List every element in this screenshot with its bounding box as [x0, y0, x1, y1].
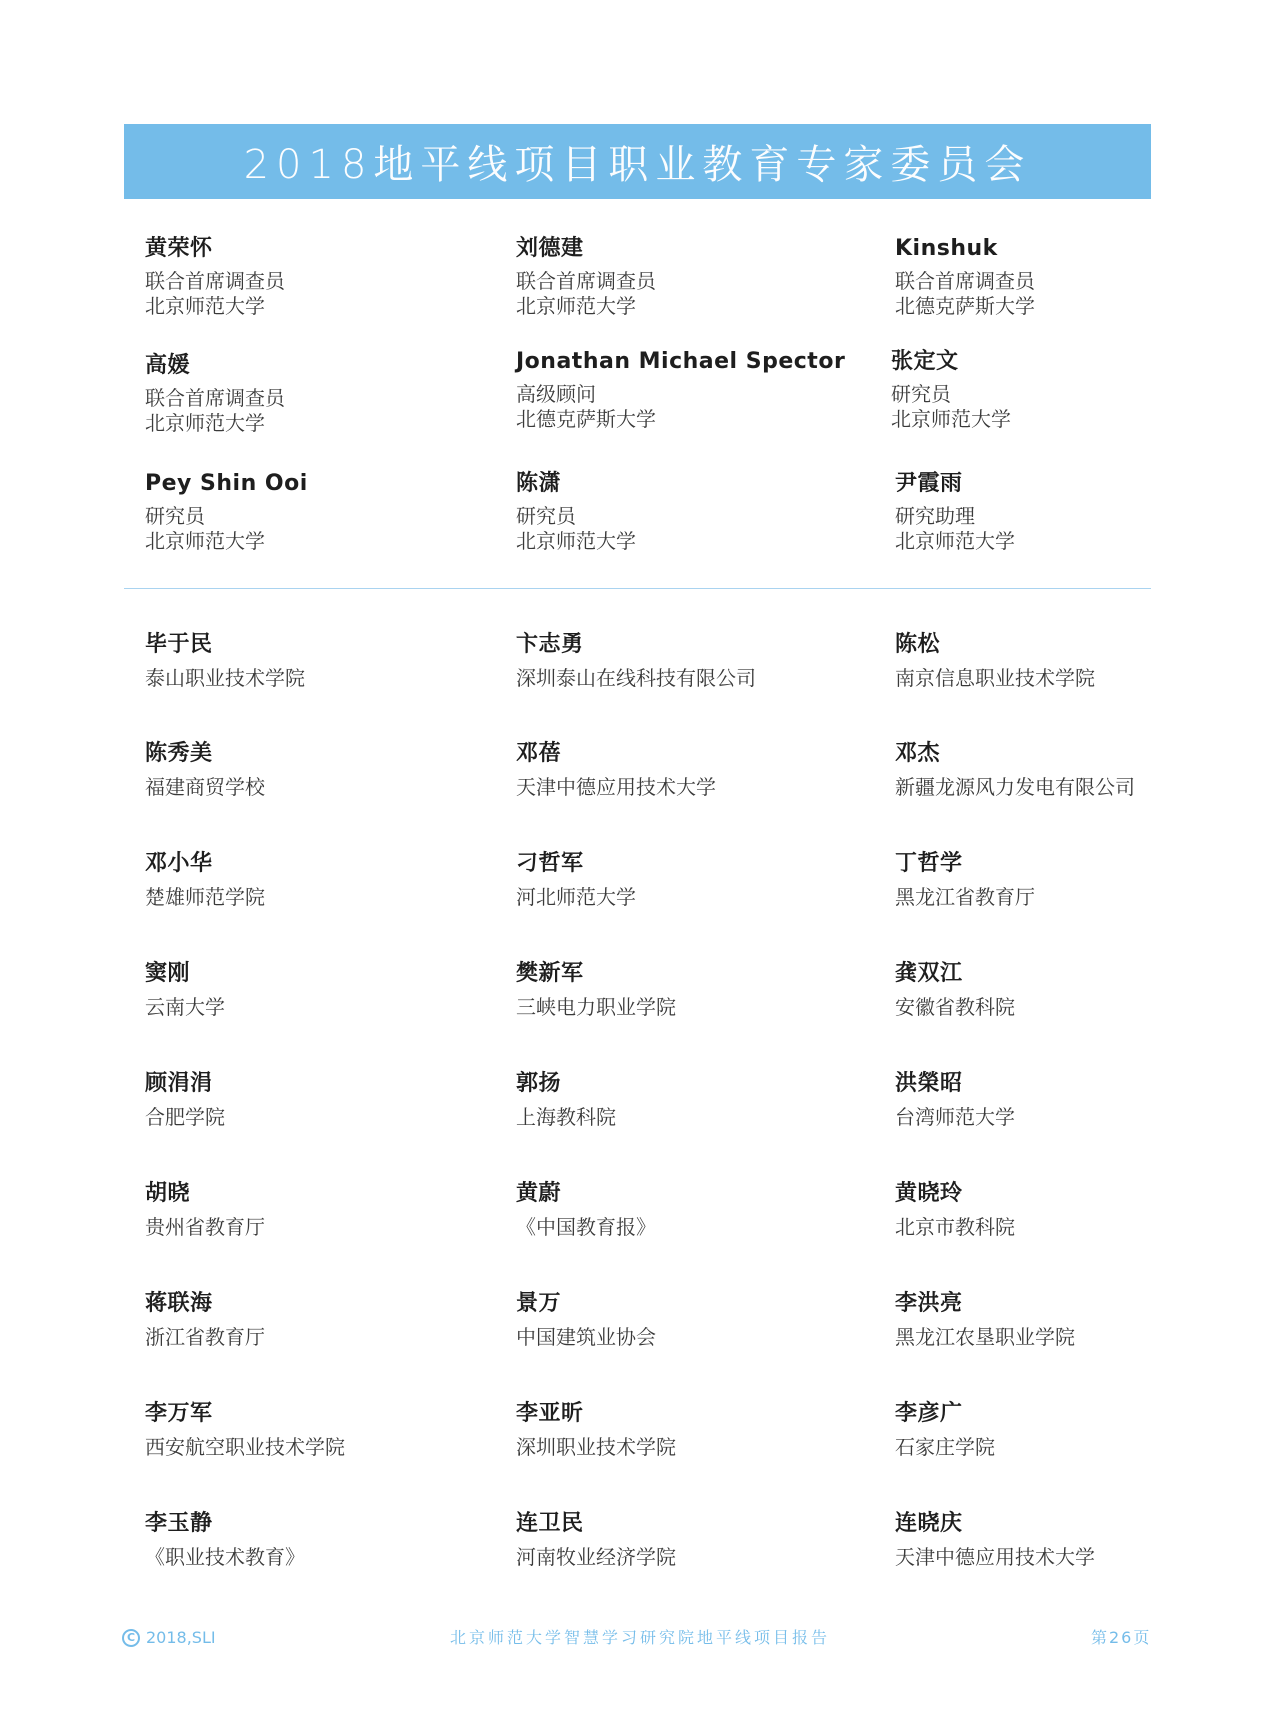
member-card: 李亚昕 深圳职业技术学院 [516, 1401, 676, 1460]
member-organization: 天津中德应用技术大学 [516, 775, 716, 800]
member-name: 刘德建 [516, 236, 656, 262]
member-card: Pey Shin Ooi 研究员 北京师范大学 [145, 471, 308, 554]
member-affiliation: 北京师范大学 [145, 294, 285, 319]
member-organization: 深圳泰山在线科技有限公司 [516, 666, 756, 691]
member-name: Pey Shin Ooi [145, 471, 308, 497]
member-name: 黄晓玲 [895, 1181, 1015, 1207]
member-card: 李玉静 《职业技术教育》 [145, 1511, 305, 1570]
member-card: 黄蔚 《中国教育报》 [516, 1181, 656, 1240]
member-card: 邓小华 楚雄师范学院 [145, 851, 265, 910]
member-card: 邓蓓 天津中德应用技术大学 [516, 741, 716, 800]
member-organization: 安徽省教科院 [895, 995, 1015, 1020]
member-name: 黄荣怀 [145, 236, 285, 262]
member-affiliation: 北京师范大学 [891, 407, 1011, 432]
member-affiliation: 北京师范大学 [516, 294, 656, 319]
member-organization: 北京市教科院 [895, 1215, 1015, 1240]
member-role: 联合首席调查员 [516, 269, 656, 294]
member-organization: 河南牧业经济学院 [516, 1545, 676, 1570]
member-name: 胡晓 [145, 1181, 265, 1207]
member-organization: 黑龙江省教育厅 [895, 885, 1035, 910]
member-role: 联合首席调查员 [895, 269, 1035, 294]
member-name: 郭扬 [516, 1071, 616, 1097]
title-banner: 2018地平线项目职业教育专家委员会 [124, 124, 1151, 199]
member-card: 陈秀美 福建商贸学校 [145, 741, 265, 800]
page-title: 2018地平线项目职业教育专家委员会 [244, 133, 1032, 190]
member-name: 窦刚 [145, 961, 225, 987]
member-organization: 浙江省教育厅 [145, 1325, 265, 1350]
member-card: 郭扬 上海教科院 [516, 1071, 616, 1130]
member-role: 联合首席调查员 [145, 269, 285, 294]
member-name: 邓杰 [895, 741, 1135, 767]
member-organization: 《中国教育报》 [516, 1215, 656, 1240]
member-affiliation: 北德克萨斯大学 [895, 294, 1035, 319]
member-name: 毕于民 [145, 632, 305, 658]
member-name: 黄蔚 [516, 1181, 656, 1207]
member-role: 高级顾问 [516, 382, 845, 407]
member-card: 丁哲学 黑龙江省教育厅 [895, 851, 1035, 910]
member-organization: 中国建筑业协会 [516, 1325, 656, 1350]
member-card: 毕于民 泰山职业技术学院 [145, 632, 305, 691]
member-role: 研究助理 [895, 504, 1015, 529]
member-card: 连卫民 河南牧业经济学院 [516, 1511, 676, 1570]
member-card: 蒋联海 浙江省教育厅 [145, 1291, 265, 1350]
member-name: 尹霞雨 [895, 471, 1015, 497]
member-organization: 黑龙江农垦职业学院 [895, 1325, 1075, 1350]
member-organization: 天津中德应用技术大学 [895, 1545, 1095, 1570]
member-organization: 南京信息职业技术学院 [895, 666, 1095, 691]
member-name: Kinshuk [895, 236, 1035, 262]
member-organization: 云南大学 [145, 995, 225, 1020]
member-organization: 台湾师范大学 [895, 1105, 1015, 1130]
member-name: 张定文 [891, 349, 1011, 375]
member-card: 高媛 联合首席调查员 北京师范大学 [145, 353, 285, 436]
member-name: 陈秀美 [145, 741, 265, 767]
member-card: 陈松 南京信息职业技术学院 [895, 632, 1095, 691]
footer-report-title: 北京师范大学智慧学习研究院地平线项目报告 [450, 1626, 830, 1650]
section-divider [124, 588, 1151, 589]
member-name: 高媛 [145, 353, 285, 379]
member-name: 李亚昕 [516, 1401, 676, 1427]
member-card: 张定文 研究员 北京师范大学 [891, 349, 1011, 432]
member-affiliation: 北德克萨斯大学 [516, 407, 845, 432]
member-name: 景万 [516, 1291, 656, 1317]
member-name: 陈松 [895, 632, 1095, 658]
member-card: 黄荣怀 联合首席调查员 北京师范大学 [145, 236, 285, 319]
member-card: 李万军 西安航空职业技术学院 [145, 1401, 345, 1460]
member-card: 黄晓玲 北京市教科院 [895, 1181, 1015, 1240]
member-affiliation: 北京师范大学 [516, 529, 636, 554]
member-card: 卞志勇 深圳泰山在线科技有限公司 [516, 632, 756, 691]
member-card: 洪榮昭 台湾师范大学 [895, 1071, 1015, 1130]
member-name: 连晓庆 [895, 1511, 1095, 1537]
member-organization: 上海教科院 [516, 1105, 616, 1130]
member-organization: 合肥学院 [145, 1105, 225, 1130]
member-name: Jonathan Michael Spector [516, 349, 845, 375]
member-role: 研究员 [516, 504, 636, 529]
member-card: Jonathan Michael Spector 高级顾问 北德克萨斯大学 [516, 349, 845, 432]
member-card: 李彦广 石家庄学院 [895, 1401, 995, 1460]
copyright-icon: C [122, 1629, 140, 1647]
member-card: 窦刚 云南大学 [145, 961, 225, 1020]
member-card: 刁哲军 河北师范大学 [516, 851, 636, 910]
member-card: 李洪亮 黑龙江农垦职业学院 [895, 1291, 1075, 1350]
member-name: 陈潇 [516, 471, 636, 497]
member-organization: 福建商贸学校 [145, 775, 265, 800]
member-card: 龚双江 安徽省教科院 [895, 961, 1015, 1020]
member-organization: 河北师范大学 [516, 885, 636, 910]
member-name: 龚双江 [895, 961, 1015, 987]
member-organization: 泰山职业技术学院 [145, 666, 305, 691]
member-card: 连晓庆 天津中德应用技术大学 [895, 1511, 1095, 1570]
member-card: 樊新军 三峡电力职业学院 [516, 961, 676, 1020]
member-affiliation: 北京师范大学 [145, 411, 285, 436]
member-name: 邓蓓 [516, 741, 716, 767]
member-name: 李玉静 [145, 1511, 305, 1537]
copyright-text: 2018,SLI [146, 1626, 216, 1650]
member-card: 尹霞雨 研究助理 北京师范大学 [895, 471, 1015, 554]
member-card: 刘德建 联合首席调查员 北京师范大学 [516, 236, 656, 319]
member-affiliation: 北京师范大学 [145, 529, 308, 554]
member-name: 李万军 [145, 1401, 345, 1427]
member-affiliation: 北京师范大学 [895, 529, 1015, 554]
member-name: 蒋联海 [145, 1291, 265, 1317]
member-card: 邓杰 新疆龙源风力发电有限公司 [895, 741, 1135, 800]
member-card: 景万 中国建筑业协会 [516, 1291, 656, 1350]
member-name: 李洪亮 [895, 1291, 1075, 1317]
member-card: Kinshuk 联合首席调查员 北德克萨斯大学 [895, 236, 1035, 319]
member-organization: 新疆龙源风力发电有限公司 [895, 775, 1135, 800]
member-name: 邓小华 [145, 851, 265, 877]
member-name: 丁哲学 [895, 851, 1035, 877]
member-name: 顾涓涓 [145, 1071, 225, 1097]
member-card: 陈潇 研究员 北京师范大学 [516, 471, 636, 554]
member-name: 洪榮昭 [895, 1071, 1015, 1097]
member-role: 联合首席调查员 [145, 386, 285, 411]
member-role: 研究员 [145, 504, 308, 529]
member-name: 樊新军 [516, 961, 676, 987]
member-name: 卞志勇 [516, 632, 756, 658]
member-organization: 楚雄师范学院 [145, 885, 265, 910]
member-organization: 西安航空职业技术学院 [145, 1435, 345, 1460]
member-organization: 深圳职业技术学院 [516, 1435, 676, 1460]
footer-copyright: C 2018,SLI [122, 1626, 216, 1650]
member-name: 刁哲军 [516, 851, 636, 877]
member-name: 李彦广 [895, 1401, 995, 1427]
member-name: 连卫民 [516, 1511, 676, 1537]
member-organization: 贵州省教育厅 [145, 1215, 265, 1240]
member-organization: 《职业技术教育》 [145, 1545, 305, 1570]
member-organization: 三峡电力职业学院 [516, 995, 676, 1020]
member-organization: 石家庄学院 [895, 1435, 995, 1460]
page-number: 第26页 [1091, 1626, 1151, 1650]
member-role: 研究员 [891, 382, 1011, 407]
member-card: 胡晓 贵州省教育厅 [145, 1181, 265, 1240]
member-card: 顾涓涓 合肥学院 [145, 1071, 225, 1130]
